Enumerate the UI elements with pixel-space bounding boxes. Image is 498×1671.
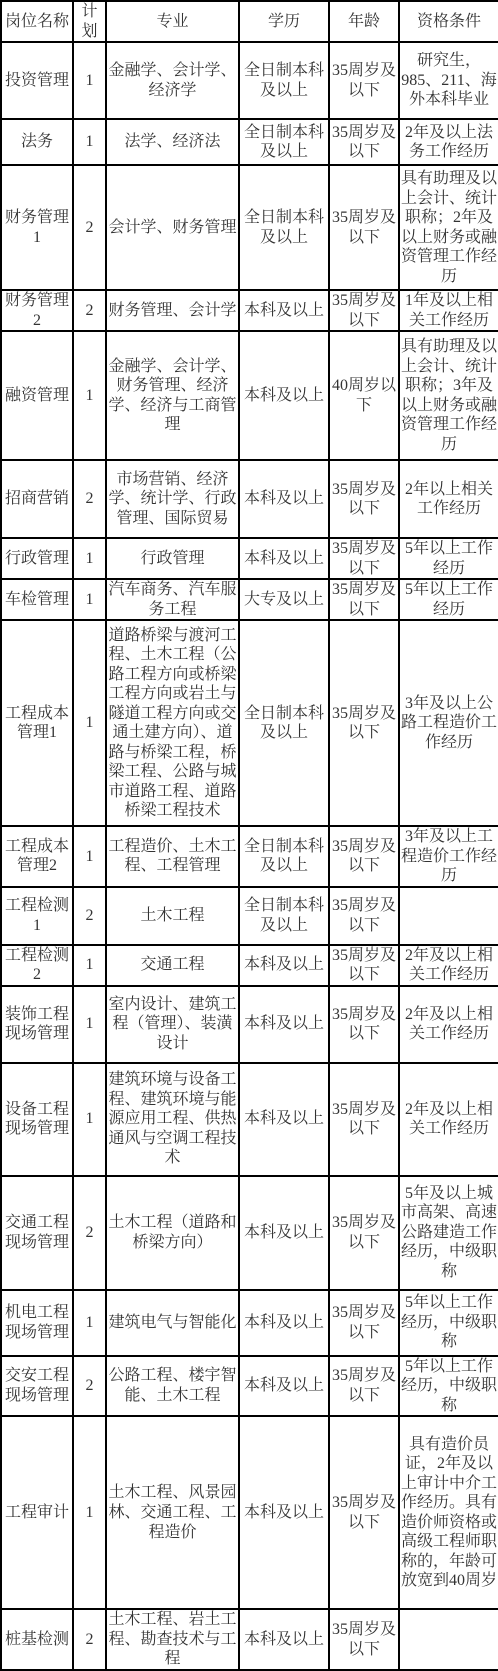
cell-education: 大专及以上 — [239, 579, 329, 620]
cell-position: 招商营销 — [1, 460, 73, 538]
cell-count: 2 — [73, 1176, 106, 1290]
header-education: 学历 — [239, 1, 329, 42]
cell-age: 35周岁及以下 — [329, 42, 399, 119]
cell-major: 土木工程 — [106, 887, 239, 945]
cell-major: 金融学、会计学、财务管理、经济学、经济与工商管理 — [106, 331, 239, 460]
cell-count: 1 — [73, 538, 106, 579]
table-row: 招商营销2市场营销、经济学、统计学、行政管理、国际贸易本科及以上35周岁及以下2… — [1, 460, 498, 538]
cell-major: 行政管理 — [106, 538, 239, 579]
cell-qualification — [399, 1609, 498, 1670]
cell-position: 法务 — [1, 119, 73, 165]
cell-position: 财务管理1 — [1, 165, 73, 290]
cell-age: 35周岁及以下 — [329, 1176, 399, 1290]
job-positions-table: 岗位名称计划专业学历年龄资格条件 投资管理1金融学、会计学、经济学全日制本科及以… — [0, 0, 498, 1671]
cell-major: 交通工程 — [106, 945, 239, 986]
table-row: 行政管理1行政管理本科及以上35周岁及以下5年以上工作经历 — [1, 538, 498, 579]
cell-qualification: 2年及以上相关工作经历 — [399, 1063, 498, 1176]
cell-major: 公路工程、楼宇智能、土木工程 — [106, 1356, 239, 1417]
cell-position: 工程成本管理2 — [1, 826, 73, 887]
cell-major: 室内设计、建筑工程（管理）、装潢设计 — [106, 986, 239, 1063]
table-row: 交安工程现场管理2公路工程、楼宇智能、土木工程本科及以上35周岁及以下5年以上工… — [1, 1356, 498, 1417]
cell-position: 交通工程现场管理 — [1, 1176, 73, 1290]
cell-qualification: 2年及以上法务工作经历 — [399, 119, 498, 165]
cell-education: 本科及以上 — [239, 1063, 329, 1176]
cell-education: 本科及以上 — [239, 1290, 329, 1356]
cell-count: 1 — [73, 826, 106, 887]
cell-qualification: 具有造价员证，2年及以上审计中介工作经历。具有造价师资格或高级工程师职称的，年龄… — [399, 1416, 498, 1609]
cell-age: 35周岁及以下 — [329, 579, 399, 620]
table-row: 工程审计1土木工程、风景园林、交通工程、工程造价本科及以上35周岁及以下具有造价… — [1, 1416, 498, 1609]
cell-count: 1 — [73, 331, 106, 460]
table-row: 投资管理1金融学、会计学、经济学全日制本科及以上35周岁及以下研究生，985、2… — [1, 42, 498, 119]
cell-education: 本科及以上 — [239, 290, 329, 331]
table-row: 工程成本管理21工程造价、土木工程、工程管理全日制本科及以上35周岁及以下3年及… — [1, 826, 498, 887]
cell-major: 土木工程（道路和桥梁方向） — [106, 1176, 239, 1290]
cell-qualification: 3年及以上公路工程造价工作经历 — [399, 620, 498, 826]
cell-count: 2 — [73, 165, 106, 290]
header-qualification: 资格条件 — [399, 1, 498, 42]
cell-qualification: 研究生，985、211、海外本科毕业 — [399, 42, 498, 119]
cell-count: 2 — [73, 290, 106, 331]
cell-qualification: 3年及以上工程造价工作经历 — [399, 826, 498, 887]
cell-qualification: 5年以上工作经历，中级职称 — [399, 1356, 498, 1417]
cell-qualification: 2年及以上相关工作经历 — [399, 945, 498, 986]
cell-education: 本科及以上 — [239, 331, 329, 460]
cell-education: 全日制本科及以上 — [239, 887, 329, 945]
cell-count: 1 — [73, 1290, 106, 1356]
table-row: 车检管理1汽车商务、汽车服务工程大专及以上35周岁及以下5年以上工作经历 — [1, 579, 498, 620]
cell-education: 本科及以上 — [239, 945, 329, 986]
cell-count: 2 — [73, 887, 106, 945]
cell-age: 35周岁及以下 — [329, 1416, 399, 1609]
cell-age: 35周岁及以下 — [329, 887, 399, 945]
cell-major: 市场营销、经济学、统计学、行政管理、国际贸易 — [106, 460, 239, 538]
cell-education: 本科及以上 — [239, 1416, 329, 1609]
cell-position: 融资管理 — [1, 331, 73, 460]
cell-qualification: 具有助理及以上会计、统计职称；3年及以上财务或融资管理工作经历 — [399, 331, 498, 460]
cell-count: 1 — [73, 945, 106, 986]
cell-education: 全日制本科及以上 — [239, 165, 329, 290]
cell-position: 装饰工程现场管理 — [1, 986, 73, 1063]
cell-education: 全日制本科及以上 — [239, 42, 329, 119]
cell-age: 35周岁及以下 — [329, 119, 399, 165]
table-row: 工程检测12土木工程全日制本科及以上35周岁及以下 — [1, 887, 498, 945]
table-header-row: 岗位名称计划专业学历年龄资格条件 — [1, 1, 498, 42]
cell-age: 35周岁及以下 — [329, 290, 399, 331]
cell-position: 工程成本管理1 — [1, 620, 73, 826]
cell-major: 汽车商务、汽车服务工程 — [106, 579, 239, 620]
cell-age: 35周岁及以下 — [329, 1290, 399, 1356]
cell-major: 财务管理、会计学 — [106, 290, 239, 331]
header-position: 岗位名称 — [1, 1, 73, 42]
cell-count: 2 — [73, 460, 106, 538]
cell-position: 桩基检测 — [1, 1609, 73, 1670]
cell-count: 1 — [73, 620, 106, 826]
cell-major: 土木工程、风景园林、交通工程、工程造价 — [106, 1416, 239, 1609]
cell-qualification: 1年及以上相关工作经历 — [399, 290, 498, 331]
table-row: 法务1法学、经济法全日制本科及以上35周岁及以下2年及以上法务工作经历 — [1, 119, 498, 165]
cell-age: 40周岁以下 — [329, 331, 399, 460]
cell-age: 35周岁及以下 — [329, 460, 399, 538]
cell-position: 工程检测2 — [1, 945, 73, 986]
table-row: 财务管理22财务管理、会计学本科及以上35周岁及以下1年及以上相关工作经历 — [1, 290, 498, 331]
cell-age: 35周岁及以下 — [329, 826, 399, 887]
cell-qualification: 2年及以上相关工作经历 — [399, 986, 498, 1063]
table-row: 机电工程现场管理1建筑电气与智能化本科及以上35周岁及以下5年以上工作经历，中级… — [1, 1290, 498, 1356]
cell-qualification: 具有助理及以上会计、统计职称；2年及以上财务或融资管理工作经历 — [399, 165, 498, 290]
cell-education: 全日制本科及以上 — [239, 826, 329, 887]
cell-qualification: 2年以上相关工作经历 — [399, 460, 498, 538]
header-plan-count: 计划 — [73, 1, 106, 42]
cell-major: 建筑环境与设备工程、建筑环境与能源应用工程、供热通风与空调工程技术 — [106, 1063, 239, 1176]
cell-qualification: 5年以上工作经历，中级职称 — [399, 1290, 498, 1356]
cell-education: 全日制本科及以上 — [239, 620, 329, 826]
cell-qualification: 5年及以上城市高架、高速公路建造工作经历，中级职称 — [399, 1176, 498, 1290]
cell-age: 35周岁及以下 — [329, 1063, 399, 1176]
cell-position: 投资管理 — [1, 42, 73, 119]
cell-position: 机电工程现场管理 — [1, 1290, 73, 1356]
cell-position: 设备工程现场管理 — [1, 1063, 73, 1176]
cell-position: 行政管理 — [1, 538, 73, 579]
cell-major: 会计学、财务管理 — [106, 165, 239, 290]
table-row: 装饰工程现场管理1室内设计、建筑工程（管理）、装潢设计本科及以上35周岁及以下2… — [1, 986, 498, 1063]
cell-age: 35周岁及以下 — [329, 165, 399, 290]
cell-major: 工程造价、土木工程、工程管理 — [106, 826, 239, 887]
cell-age: 35周岁及以下 — [329, 620, 399, 826]
cell-age: 35周岁及以下 — [329, 1356, 399, 1417]
page: 岗位名称计划专业学历年龄资格条件 投资管理1金融学、会计学、经济学全日制本科及以… — [0, 0, 498, 1671]
cell-count: 1 — [73, 1063, 106, 1176]
cell-count: 1 — [73, 42, 106, 119]
cell-count: 1 — [73, 119, 106, 165]
cell-position: 财务管理2 — [1, 290, 73, 331]
cell-age: 35周岁及以下 — [329, 1609, 399, 1670]
cell-age: 35周岁及以下 — [329, 986, 399, 1063]
cell-major: 土木工程、岩土工程、勘查技术与工程 — [106, 1609, 239, 1670]
cell-major: 金融学、会计学、经济学 — [106, 42, 239, 119]
table-row: 设备工程现场管理1建筑环境与设备工程、建筑环境与能源应用工程、供热通风与空调工程… — [1, 1063, 498, 1176]
table-row: 工程成本管理11道路桥梁与渡河工程、土木工程（公路工程方向或桥梁工程方向或岩土与… — [1, 620, 498, 826]
cell-count: 2 — [73, 1609, 106, 1670]
cell-education: 本科及以上 — [239, 460, 329, 538]
cell-count: 2 — [73, 1356, 106, 1417]
cell-education: 全日制本科及以上 — [239, 119, 329, 165]
cell-position: 车检管理 — [1, 579, 73, 620]
cell-education: 本科及以上 — [239, 986, 329, 1063]
cell-education: 本科及以上 — [239, 538, 329, 579]
table-row: 交通工程现场管理2土木工程（道路和桥梁方向）本科及以上35周岁及以下5年及以上城… — [1, 1176, 498, 1290]
cell-major: 道路桥梁与渡河工程、土木工程（公路工程方向或桥梁工程方向或岩土与隧道工程方向或交… — [106, 620, 239, 826]
cell-education: 本科及以上 — [239, 1609, 329, 1670]
cell-education: 本科及以上 — [239, 1356, 329, 1417]
cell-qualification: 5年以上工作经历 — [399, 579, 498, 620]
cell-count: 1 — [73, 579, 106, 620]
table-row: 融资管理1金融学、会计学、财务管理、经济学、经济与工商管理本科及以上40周岁以下… — [1, 331, 498, 460]
cell-position: 工程检测1 — [1, 887, 73, 945]
table-row: 财务管理12会计学、财务管理全日制本科及以上35周岁及以下具有助理及以上会计、统… — [1, 165, 498, 290]
table-row: 桩基检测2土木工程、岩土工程、勘查技术与工程本科及以上35周岁及以下 — [1, 1609, 498, 1670]
cell-position: 工程审计 — [1, 1416, 73, 1609]
cell-major: 法学、经济法 — [106, 119, 239, 165]
cell-age: 35周岁及以下 — [329, 945, 399, 986]
cell-qualification — [399, 887, 498, 945]
cell-education: 本科及以上 — [239, 1176, 329, 1290]
cell-age: 35周岁及以下 — [329, 538, 399, 579]
cell-major: 建筑电气与智能化 — [106, 1290, 239, 1356]
cell-count: 1 — [73, 986, 106, 1063]
table-row: 工程检测21交通工程本科及以上35周岁及以下2年及以上相关工作经历 — [1, 945, 498, 986]
cell-position: 交安工程现场管理 — [1, 1356, 73, 1417]
cell-count: 1 — [73, 1416, 106, 1609]
cell-qualification: 5年以上工作经历 — [399, 538, 498, 579]
header-age: 年龄 — [329, 1, 399, 42]
header-major: 专业 — [106, 1, 239, 42]
